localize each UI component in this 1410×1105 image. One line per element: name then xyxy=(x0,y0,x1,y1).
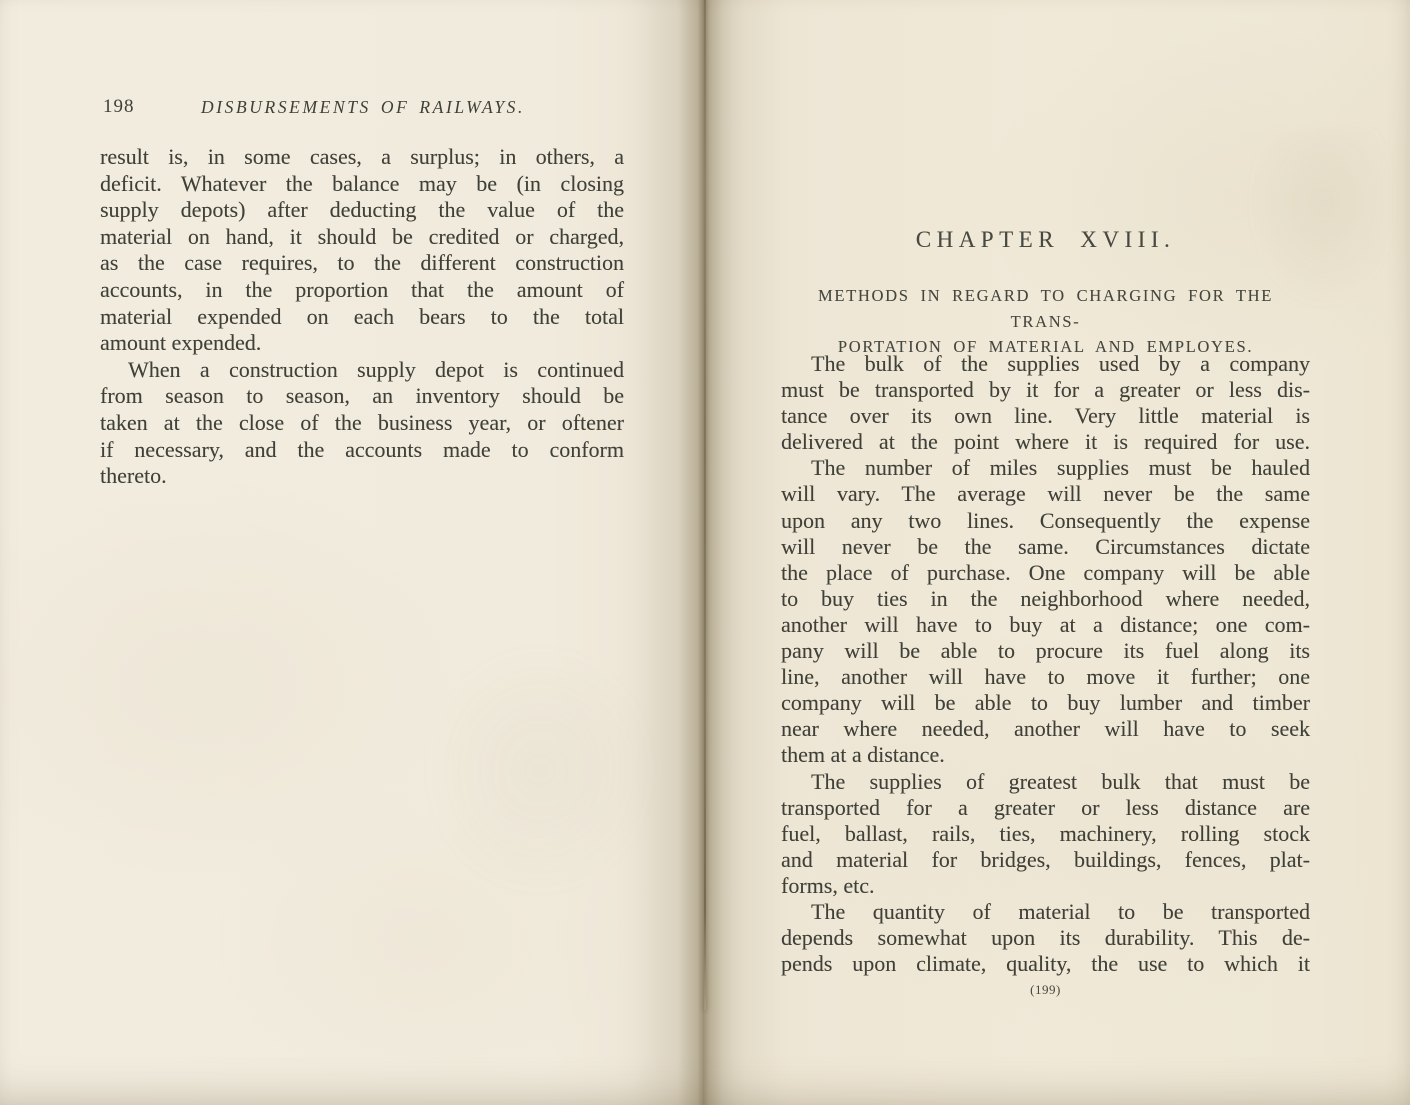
text-line: The bulk of the supplies used by a compa… xyxy=(781,351,1310,377)
text-line: The number of miles supplies must be hau… xyxy=(781,455,1310,481)
text-line: deficit. Whatever the balance may be (in… xyxy=(100,171,624,198)
text-line: upon any two lines. Consequently the exp… xyxy=(781,508,1310,534)
chapter-heading: CHAPTER XVIII. xyxy=(781,227,1310,253)
text-line: them at a distance. xyxy=(781,742,1310,768)
text-line: will vary. The average will never be the… xyxy=(781,481,1310,507)
text-line: pany will be able to procure its fuel al… xyxy=(781,638,1310,664)
text-line: material on hand, it should be credited … xyxy=(100,224,624,251)
text-line: depends somewhat upon its durability. Th… xyxy=(781,925,1310,951)
text-line: pends upon climate, quality, the use to … xyxy=(781,951,1310,977)
text-line: line, another will have to move it furth… xyxy=(781,664,1310,690)
text-line: The quantity of material to be transport… xyxy=(781,899,1310,925)
text-line: the place of purchase. One company will … xyxy=(781,560,1310,586)
page-right: CHAPTER XVIII. METHODS IN REGARD TO CHAR… xyxy=(703,0,1410,1105)
body-text-left: result is, in some cases, a surplus; in … xyxy=(100,144,624,490)
text-line: accounts, in the proportion that the amo… xyxy=(100,277,624,304)
text-line: to buy ties in the neighborhood where ne… xyxy=(781,586,1310,612)
text-line: near where needed, another will have to … xyxy=(781,716,1310,742)
text-line: result is, in some cases, a surplus; in … xyxy=(100,144,624,171)
text-line: company will be able to buy lumber and t… xyxy=(781,690,1310,716)
text-line: if necessary, and the accounts made to c… xyxy=(100,437,624,464)
text-line: transported for a greater or less distan… xyxy=(781,795,1310,821)
page-left: 198 DISBURSEMENTS OF RAILWAYS. result is… xyxy=(0,0,703,1105)
body-text-right: The bulk of the supplies used by a compa… xyxy=(781,351,1310,977)
text-line: taken at the close of the business year,… xyxy=(100,410,624,437)
page-number-right: (199) xyxy=(781,982,1310,998)
text-line: and material for bridges, buildings, fen… xyxy=(781,847,1310,873)
paper-stain xyxy=(420,640,660,900)
text-line: will never be the same. Circumstances di… xyxy=(781,534,1310,560)
text-line: another will have to buy at a distance; … xyxy=(781,612,1310,638)
text-line: amount expended. xyxy=(100,330,624,357)
text-line: from season to season, an inventory shou… xyxy=(100,383,624,410)
text-line: thereto. xyxy=(100,463,624,490)
text-line: tance over its own line. Very little mat… xyxy=(781,403,1310,429)
text-line: delivered at the point where it is requi… xyxy=(781,429,1310,455)
text-line: When a construction supply depot is cont… xyxy=(100,357,624,384)
subtitle-line: METHODS IN REGARD TO CHARGING FOR THE TR… xyxy=(781,283,1310,334)
page-number-left: 198 xyxy=(103,96,135,118)
text-line: supply depots) after deducting the value… xyxy=(100,197,624,224)
book-spread: 198 DISBURSEMENTS OF RAILWAYS. result is… xyxy=(0,0,1410,1105)
text-line: forms, etc. xyxy=(781,873,1310,899)
running-header: DISBURSEMENTS OF RAILWAYS. xyxy=(201,97,525,118)
text-line: as the case requires, to the different c… xyxy=(100,250,624,277)
text-line: The supplies of greatest bulk that must … xyxy=(781,769,1310,795)
text-line: must be transported by it for a greater … xyxy=(781,377,1310,403)
chapter-subtitle: METHODS IN REGARD TO CHARGING FOR THE TR… xyxy=(781,283,1310,360)
text-line: fuel, ballast, rails, ties, machinery, r… xyxy=(781,821,1310,847)
text-line: material expended on each bears to the t… xyxy=(100,304,624,331)
